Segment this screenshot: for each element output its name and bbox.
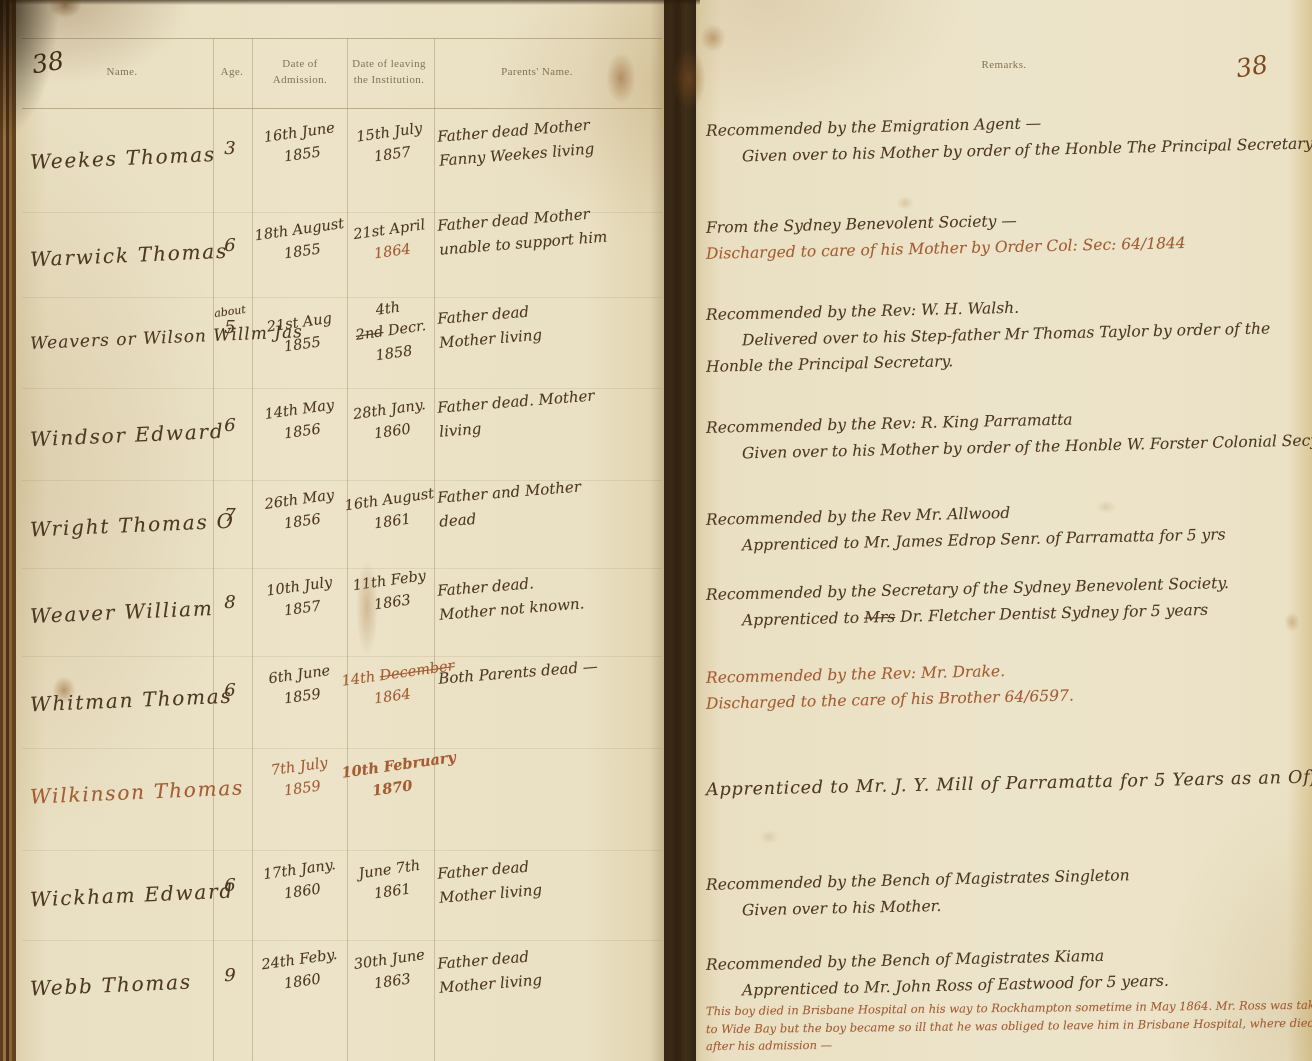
remarks-line: Recommended by the Emigration Agent — — [706, 109, 1308, 140]
remarks-block: Apprenticed to Mr. J. Y. Mill of Parrama… — [706, 775, 1308, 803]
admission-date: 21st Aug 1855 — [250, 306, 351, 364]
remarks-line: This boy died in Brisbane Hospital on hi… — [706, 999, 1308, 1018]
remarks-line: Given over to his Mother by order of the… — [742, 136, 1308, 166]
register-row: Wickham Edward 6 17th Jany. 1860 June 7t… — [14, 853, 664, 947]
remarks-line: Apprenticed to Mr. John Ross of Eastwood… — [742, 970, 1308, 1000]
register-row: Webb Thomas 9 24th Feby. 1860 30th June … — [14, 943, 664, 1037]
row-age: 8 — [205, 592, 255, 613]
struck-text: 2nd — [355, 325, 385, 345]
row-name: Wickham Edward — [30, 879, 235, 912]
spine-shadow — [0, 0, 60, 140]
remarks-block: Recommended by the Secretary of the Sydn… — [706, 580, 1308, 632]
remarks-line: From the Sydney Benevolent Society — — [706, 206, 1308, 237]
book-gutter — [650, 0, 700, 1061]
row-name: Weekes Thomas — [30, 142, 217, 174]
leaving-date: 30th June 1863 — [340, 943, 441, 1001]
row-name: Weaver William — [30, 596, 214, 628]
admission-date: 16th June 1855 — [250, 116, 351, 174]
parents-note: Father dead Mother living — [436, 844, 663, 909]
remarks-line: to Wide Bay but the boy became so ill th… — [706, 1017, 1308, 1036]
remarks-line: Recommended by the Rev: R. King Parramat… — [706, 406, 1308, 437]
register-row: Windsor Edward 6 14th May 1856 28th Jany… — [14, 393, 664, 487]
admission-date: 17th Jany. 1860 — [250, 853, 351, 911]
row-name: Whitman Thomas — [30, 684, 233, 717]
remarks-block: Recommended by the Rev: R. King Parramat… — [706, 413, 1308, 465]
header-rule-bottom — [22, 108, 662, 109]
remarks-block: Recommended by the Bench of Magistrates … — [706, 870, 1308, 922]
remarks-line: Delivered over to his Step-father Mr Tho… — [742, 320, 1308, 350]
remarks-block: Recommended by the Rev Mr. Allwood Appre… — [706, 505, 1308, 557]
parents-note: Father dead Mother Fanny Weekes living — [436, 107, 663, 172]
remarks-line: Discharged to the care of his Brother 64… — [706, 682, 1308, 713]
admission-date: 7th July 1859 — [250, 750, 351, 808]
remarks-line: Given over to his Mother. — [742, 890, 1308, 920]
remarks-block: From the Sydney Benevolent Society — Dis… — [706, 213, 1308, 265]
remarks-line: Discharged to care of his Mother by Orde… — [706, 232, 1308, 263]
row-name: Warwick Thomas — [30, 239, 229, 272]
leaving-date: 14th December 1864 — [340, 658, 441, 716]
right-page: Remarks. 38 Recommended by the Emigratio… — [696, 0, 1312, 1061]
leaving-date: June 7th 1861 — [340, 853, 441, 911]
struck-text: Mrs — [864, 608, 896, 627]
admission-date: 10th July 1857 — [250, 570, 351, 628]
register-row: Weaver William 8 10th July 1857 11th Feb… — [14, 570, 664, 664]
parents-note: Father dead. Mother not known. — [436, 561, 663, 626]
admission-date: 14th May 1856 — [250, 393, 351, 451]
remarks-line: Recommended by the Bench of Magistrates … — [706, 863, 1308, 894]
remarks-line: Apprenticed to Mr. James Edrop Senr. of … — [742, 525, 1308, 555]
column-header-parents: Parents' Name. — [442, 38, 632, 108]
remarks-line: Recommended by the Bench of Magistrates … — [706, 943, 1308, 974]
row-name: Windsor Edward — [30, 419, 225, 451]
register-row: Weavers or Wilson Willm Jas about 5 21st… — [14, 298, 664, 392]
leaving-date: 21st April 1864 — [340, 213, 441, 271]
page-top-edge — [0, 0, 700, 5]
admission-date: 26th May 1856 — [250, 483, 351, 541]
admission-date: 24th Feby. 1860 — [250, 943, 351, 1001]
leaving-date: 16th August 1861 — [340, 483, 441, 541]
parents-note: Father dead Mother living — [436, 289, 663, 354]
remarks-block: Recommended by the Bench of Magistrates … — [706, 950, 1308, 1055]
remarks-line-post: Dr. Fletcher Dentist Sydney for 5 years — [895, 601, 1208, 626]
column-header-leaving: Date of leaving the Institution. — [345, 38, 433, 108]
left-page: 38 Name. Age. Date of Admission. Date of… — [14, 0, 664, 1061]
register-row: Wilkinson Thomas 7th July 1859 10th Febr… — [14, 750, 664, 844]
leaving-date: 15th July 1857 — [340, 116, 441, 174]
register-row: Wright Thomas O 7 26th May 1856 16th Aug… — [14, 483, 664, 577]
remarks-line: Honble the Principal Secretary. — [706, 345, 1308, 376]
row-age: 3 — [205, 138, 255, 159]
register-row: Weekes Thomas 3 16th June 1855 15th July… — [14, 116, 664, 210]
row-age: 6 — [205, 235, 255, 256]
row-age: 6 — [205, 415, 255, 436]
page-edge-line — [668, 0, 669, 1061]
column-header-name: Name. — [34, 38, 210, 108]
row-name: Webb Thomas — [30, 969, 193, 1000]
remarks-line-pre: Apprenticed to — [742, 609, 864, 630]
remarks-line: after his admission — — [706, 1034, 1308, 1053]
remarks-line: Given over to his Mother by order of the… — [742, 433, 1308, 463]
column-header-age: Age. — [207, 38, 257, 108]
row-age: 6 — [205, 875, 255, 896]
remarks-line: Apprenticed to Mr. J. Y. Mill of Parrama… — [706, 769, 1308, 801]
remarks-line: Recommended by the Rev: W. H. Walsh. — [706, 293, 1308, 324]
leaving-date: 28th Jany. 1860 — [340, 393, 441, 451]
row-age-value: 5 — [205, 317, 255, 338]
leaving-line-rest: Decr. — [382, 319, 427, 341]
remarks-line: Recommended by the Rev Mr. Allwood — [706, 498, 1308, 529]
page-number-right: 38 — [1234, 50, 1270, 84]
remarks-line: Apprenticed to Mrs Dr. Fletcher Dentist … — [742, 600, 1308, 630]
row-age: about 5 — [205, 306, 255, 338]
row-age: 6 — [205, 680, 255, 701]
leaving-date: 11th Feby 1863 — [340, 564, 441, 622]
remarks-block: Recommended by the Emigration Agent — Gi… — [706, 116, 1308, 168]
leaving-date: 10th February 1870 — [340, 750, 441, 808]
remarks-line: Recommended by the Secretary of the Sydn… — [706, 573, 1308, 604]
page-edge-line — [687, 0, 688, 1061]
remarks-line: Recommended by the Rev: Mr. Drake. — [706, 656, 1308, 687]
remarks-block: Recommended by the Rev: Mr. Drake. Disch… — [706, 663, 1308, 715]
register-row: Warwick Thomas 6 18th August 1855 21st A… — [14, 213, 664, 307]
remarks-block: Recommended by the Rev: W. H. Walsh. Del… — [706, 300, 1308, 378]
row-age: 7 — [205, 505, 255, 526]
register-row: Whitman Thomas 6 6th June 1859 14th Dece… — [14, 658, 664, 752]
column-header-admission: Date of Admission. — [257, 38, 343, 108]
row-age: 9 — [205, 965, 255, 986]
parents-note: Father dead Mother living — [436, 934, 663, 999]
leaving-line-pre: 14th — [341, 669, 381, 690]
register-scan: 38 Name. Age. Date of Admission. Date of… — [0, 0, 1312, 1061]
row-name: Wilkinson Thomas — [30, 775, 245, 808]
leaving-date: 4th 2nd Decr. 1858 — [339, 292, 443, 372]
admission-date: 6th June 1859 — [250, 658, 351, 716]
admission-date: 18th August 1855 — [250, 213, 351, 271]
remarks-header: Remarks. — [696, 58, 1312, 74]
book-spine — [0, 0, 16, 1061]
